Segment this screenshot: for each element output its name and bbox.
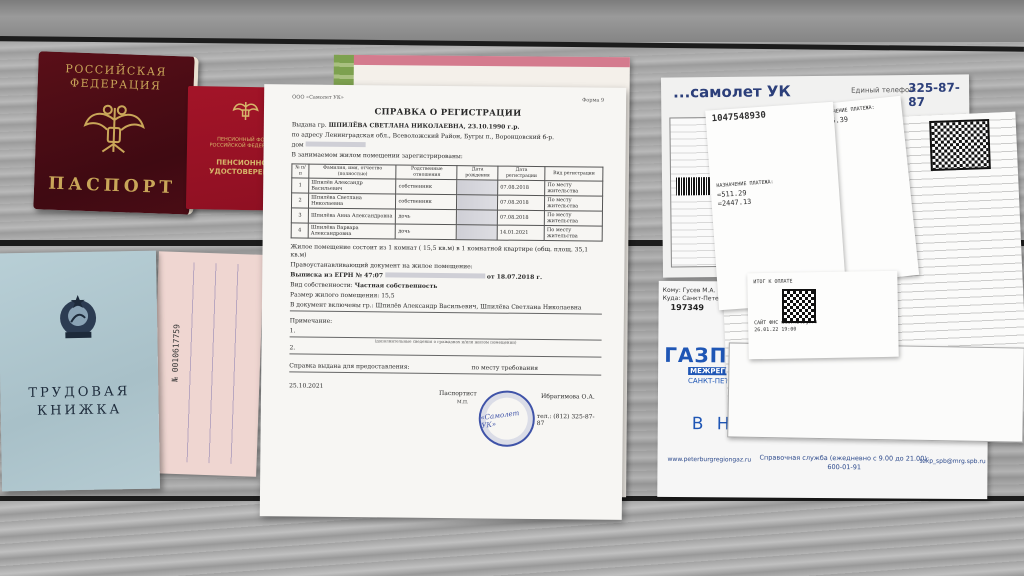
- residents-table: № п/пФамилия, имя, отчество (полностью)Р…: [291, 163, 604, 241]
- org-phone: тел.: (812) 325-87-87: [537, 413, 601, 428]
- uk-phone: 325-87-87: [908, 80, 969, 109]
- uk-brand: ...самолет УК: [673, 82, 791, 101]
- document-title: СПРАВКА О РЕГИСТРАЦИИ: [292, 106, 604, 119]
- signer-name: Ибрагимова О.А.: [541, 393, 595, 401]
- passport-country: РОССИЙСКАЯ ФЕДЕРАЦИЯ: [37, 61, 194, 94]
- gazprom-site: www.peterburgregiongaz.ru: [667, 456, 751, 464]
- postal-index: 197349: [671, 303, 704, 312]
- table-header: Родственные отношения: [396, 165, 457, 180]
- table-row: 4Шпилёва Варвара Александровнадочь14.01.…: [291, 223, 602, 241]
- table-plank-top: [0, 0, 1024, 42]
- form-number: Форма 9: [582, 97, 604, 103]
- org-name: ООО «Самолет УК»: [292, 94, 344, 101]
- workbook-title: ТРУДОВАЯ КНИЖКА: [0, 383, 159, 422]
- address: Ленинградская обл., Всеволожский Район, …: [325, 132, 554, 141]
- table-header: Фамилия, имя, отчество (полностью): [309, 164, 397, 179]
- blurred-house: [306, 142, 366, 148]
- company-stamp: «Самолет УК»: [475, 387, 538, 450]
- workbook: ТРУДОВАЯ КНИЖКА: [0, 251, 160, 492]
- passport: РОССИЙСКАЯ ФЕДЕРАЦИЯ ПАСПОРТ: [33, 51, 198, 214]
- eagle-emblem-icon: [232, 99, 258, 123]
- issue-date: 25.10.2021: [289, 382, 323, 389]
- blurred-egrn: [385, 272, 485, 278]
- ussr-emblem-icon: [53, 294, 104, 341]
- gazprom-email: szkp_spb@mrg.spb.ru: [919, 458, 985, 465]
- qr-code-icon: [929, 119, 991, 171]
- holder-name: ШПИЛЁВА СВЕТЛАНА НИКОЛАЕВНА, 23.10.1990 …: [329, 122, 520, 131]
- passport-title: ПАСПОРТ: [34, 173, 191, 198]
- help-phone: 600-01-91: [759, 463, 929, 473]
- workbook-insert: № 0010617759: [151, 251, 264, 477]
- account-number: 1047548930: [712, 108, 828, 123]
- registration-certificate: ООО «Самолет УК» Форма 9 СПРАВКА О РЕГИС…: [260, 84, 627, 520]
- table-header: Дата регистрации: [498, 166, 545, 180]
- eagle-emblem-icon: [80, 99, 148, 161]
- handwriting: [174, 262, 251, 464]
- cash-receipt: ИТОГ К ОПЛАТЕ САЙТ ФНС www.nalog.ru 26.0…: [747, 271, 898, 360]
- table-header: Вид регистрации: [545, 167, 603, 182]
- premises-text: Жилое помещение состоит из 1 комнат ( 15…: [290, 243, 602, 262]
- table-header: № п/п: [292, 164, 309, 178]
- table-header: Дата рождения: [457, 166, 498, 180]
- qr-code-icon: [782, 289, 816, 323]
